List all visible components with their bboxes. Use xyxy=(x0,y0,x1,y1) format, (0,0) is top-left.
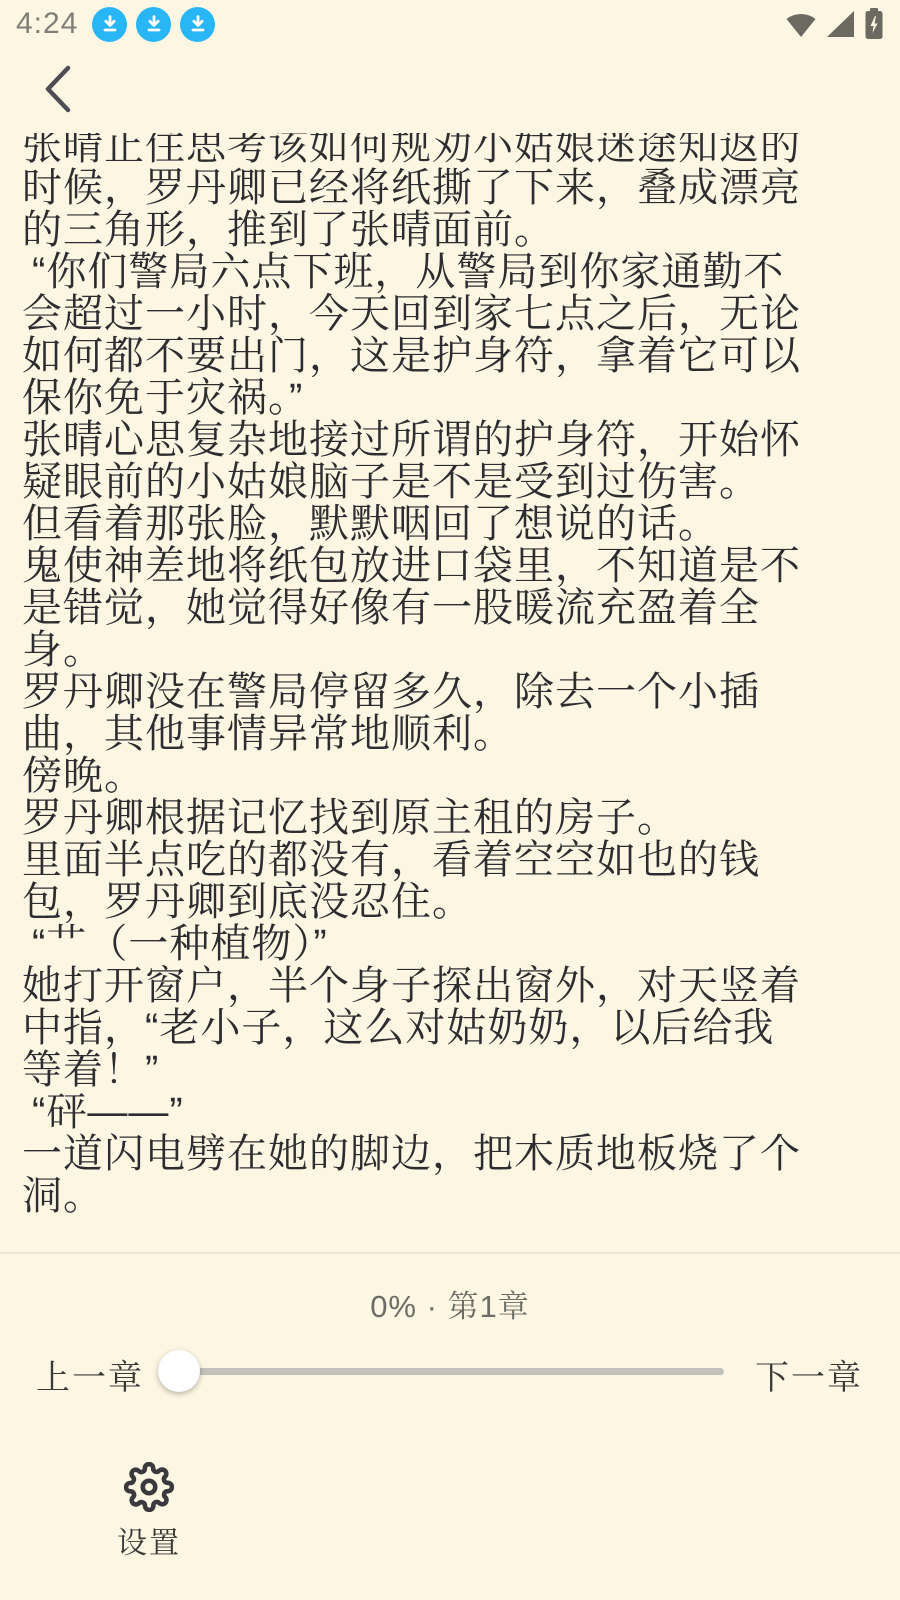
text-line: 如何都不要出门，这是护身符，拿着它可以 xyxy=(22,335,882,377)
status-bar: 4:24 xyxy=(0,0,900,48)
text-line: 但看着那张脸，默默咽回了想说的话。 xyxy=(22,503,882,545)
reader-content[interactable]: 张晴止住思考该如何规劝小姑娘迷途知返的时候，罗丹卿已经将纸撕了下来，叠成漂亮的三… xyxy=(22,133,882,1225)
footer-divider xyxy=(0,1252,900,1254)
text-line: 一道闪电劈在她的脚边，把木质地板烧了个 xyxy=(22,1133,882,1175)
text-line: 张晴止住思考该如何规劝小姑娘迷途知返的 xyxy=(22,133,882,167)
text-line: 是错觉，她觉得好像有一股暖流充盈着全 xyxy=(22,587,882,629)
wifi-icon xyxy=(784,9,818,39)
slider-track[interactable] xyxy=(178,1368,724,1375)
text-line: 洞。 xyxy=(22,1175,882,1217)
slider-thumb[interactable] xyxy=(158,1350,200,1392)
back-button[interactable] xyxy=(28,58,88,120)
text-line: “砰——” xyxy=(22,1091,882,1133)
battery-charging-icon xyxy=(864,8,884,40)
status-right-icons xyxy=(784,8,884,40)
download-icons xyxy=(92,7,215,42)
text-line: “你们警局六点下班，从警局到你家通勤不 xyxy=(22,251,882,293)
prev-chapter-button[interactable]: 上一章 xyxy=(36,1350,144,1399)
text-line: 罗丹卿根据记忆找到原主租的房子。 xyxy=(22,797,882,839)
text-line: 中指，“老小子，这么对姑奶奶，以后给我 xyxy=(22,1007,882,1049)
gear-icon xyxy=(124,1462,174,1512)
chevron-left-icon xyxy=(38,62,78,116)
settings-label: 设置 xyxy=(104,1518,194,1562)
text-line: 她打开窗户，半个身子探出窗外，对天竖着 xyxy=(22,965,882,1007)
chapter-slider[interactable] xyxy=(158,1349,724,1393)
text-line: 疑眼前的小姑娘脑子是不是受到过伤害。 xyxy=(22,461,882,503)
next-chapter-button[interactable]: 下一章 xyxy=(755,1350,863,1399)
text-line: 身。 xyxy=(22,629,882,671)
text-line: 包，罗丹卿到底没忍住。 xyxy=(22,881,882,923)
reader-screen: 4:24 xyxy=(0,0,900,1600)
text-line: 时候，罗丹卿已经将纸撕了下来，叠成漂亮 xyxy=(22,167,882,209)
text-line: 里面半点吃的都没有，看着空空如也的钱 xyxy=(22,839,882,881)
download-icon xyxy=(136,7,171,42)
text-line: 等着！” xyxy=(22,1049,882,1091)
download-icon xyxy=(180,7,215,42)
text-line: 鬼使神差地将纸包放进口袋里，不知道是不 xyxy=(22,545,882,587)
text-line: 曲，其他事情异常地顺利。 xyxy=(22,713,882,755)
settings-button[interactable]: 设置 xyxy=(104,1462,194,1562)
text-line: 的三角形，推到了张晴面前。 xyxy=(22,209,882,251)
text-line: 会超过一小时，今天回到家七点之后，无论 xyxy=(22,293,882,335)
progress-label: 0% · 第1章 xyxy=(0,1281,900,1326)
text-line: 张晴心思复杂地接过所谓的护身符，开始怀 xyxy=(22,419,882,461)
download-icon xyxy=(92,7,127,42)
status-time: 4:24 xyxy=(16,7,78,41)
text-line: 傍晚。 xyxy=(22,755,882,797)
text-line: “艹（一种植物）” xyxy=(22,923,882,965)
text-line: 罗丹卿没在警局停留多久，除去一个小插 xyxy=(22,671,882,713)
text-line: 保你免于灾祸。” xyxy=(22,377,882,419)
signal-icon xyxy=(826,9,856,39)
